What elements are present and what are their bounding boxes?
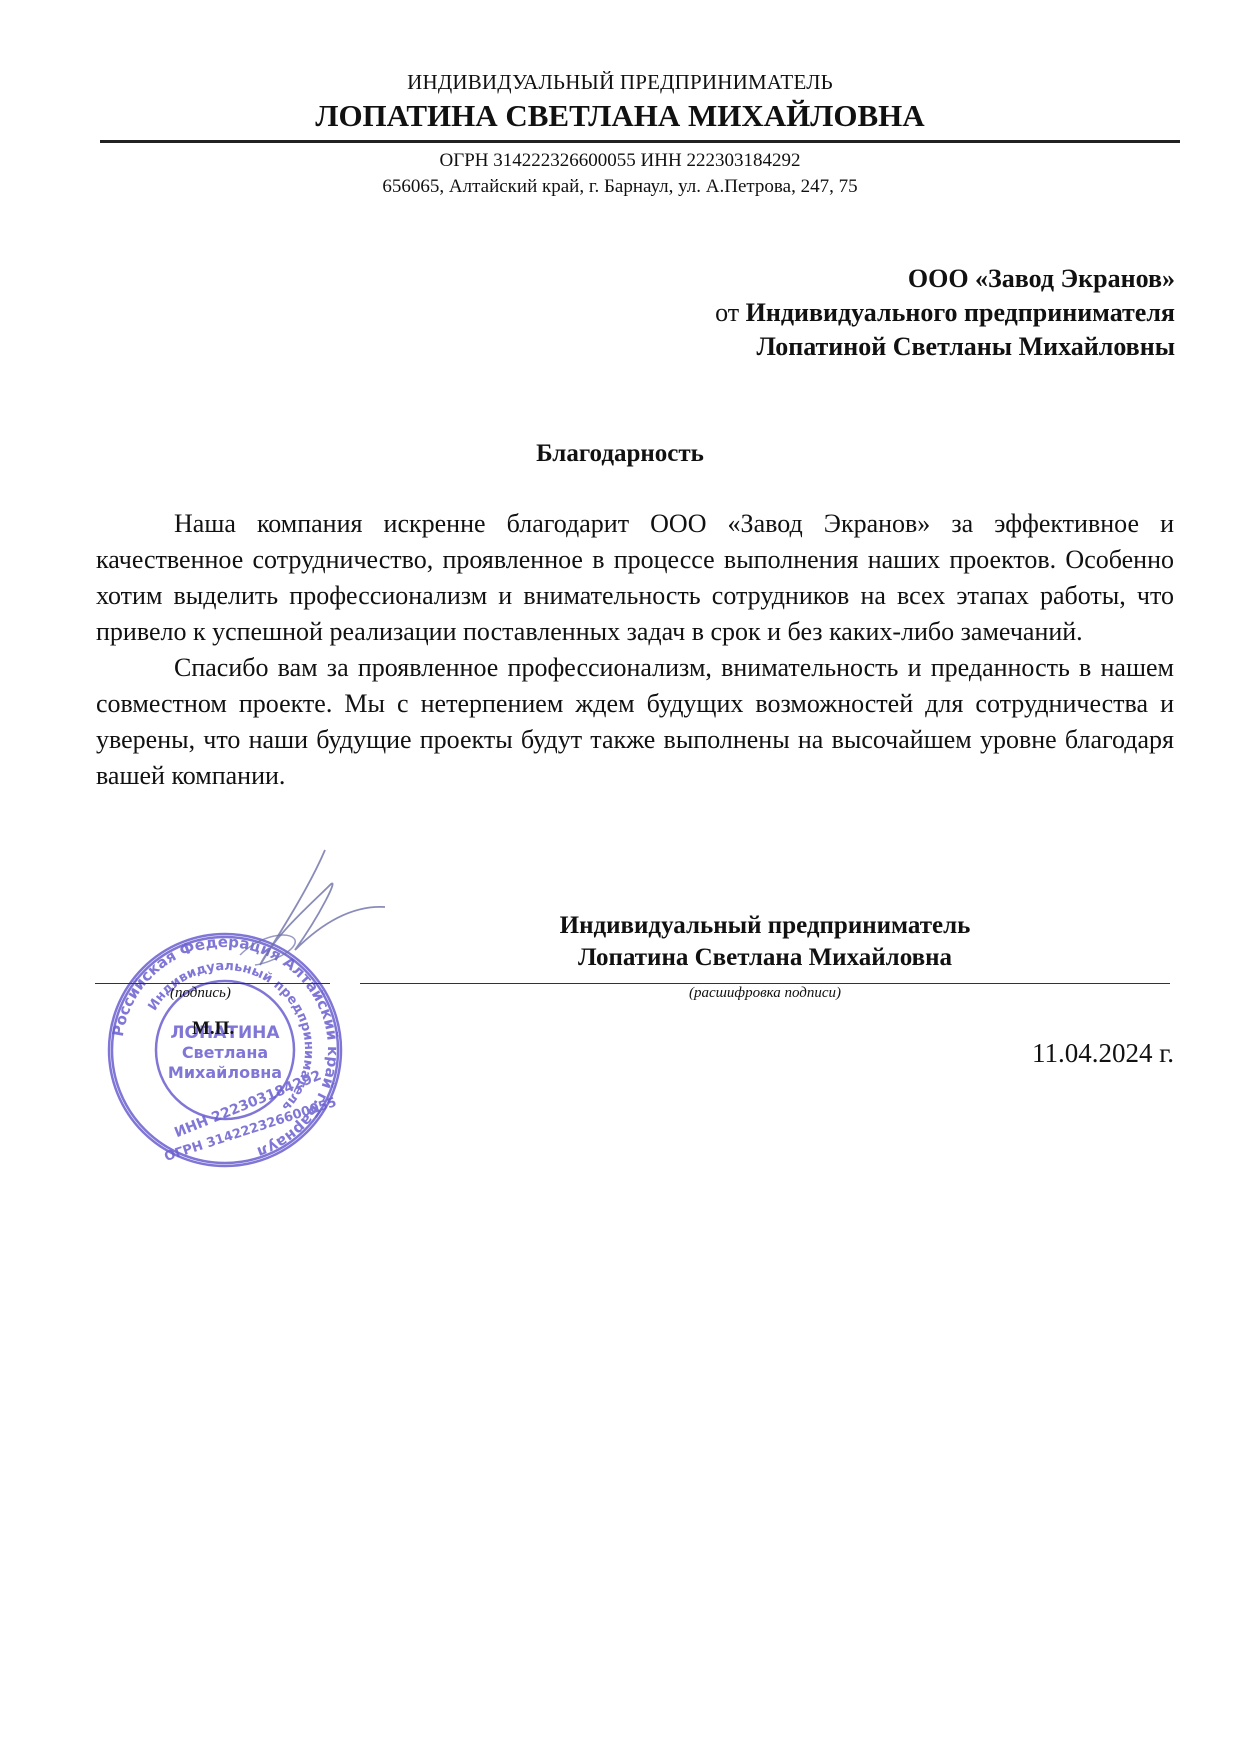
header-divider <box>100 140 1180 143</box>
signatory-name: Лопатина Светлана Михайловна <box>360 942 1170 974</box>
addressee-block: ООО «Завод Экранов» от Индивидуального п… <box>715 262 1175 364</box>
addressee-from-prefix: от <box>715 298 746 327</box>
header-address: 656065, Алтайский край, г. Барнаул, ул. … <box>0 176 1240 198</box>
svg-text:Светлана: Светлана <box>182 1043 268 1062</box>
signature-line <box>95 983 330 984</box>
addressee-sender-name: Лопатиной Светланы Михайловны <box>715 330 1175 364</box>
addressee-company: ООО «Завод Экранов» <box>715 262 1175 296</box>
header-name: ЛОПАТИНА СВЕТЛАНА МИХАЙЛОВНА <box>0 98 1240 134</box>
signature-decode-caption: (расшифровка подписи) <box>360 985 1170 1002</box>
svg-text:Михайловна: Михайловна <box>168 1063 282 1082</box>
signature-caption: (подпись) <box>170 985 231 1002</box>
addressee-from-role: Индивидуального предпринимателя <box>746 298 1175 327</box>
addressee-from: от Индивидуального предпринимателя <box>715 296 1175 330</box>
letter-body: Наша компания искренне благодарит ООО «З… <box>96 506 1174 794</box>
document-date: 11.04.2024 г. <box>1032 1038 1174 1069</box>
seal-place-label: М.П. <box>192 1018 234 1040</box>
signatory-block: Индивидуальный предприниматель Лопатина … <box>360 910 1170 974</box>
signatory-role: Индивидуальный предприниматель <box>360 910 1170 942</box>
document-title: Благодарность <box>0 440 1240 468</box>
signature-decode-line <box>360 983 1170 984</box>
body-paragraph-1: Наша компания искренне благодарит ООО «З… <box>96 506 1174 650</box>
header-registration: ОГРН 314222326600055 ИНН 222303184292 <box>0 150 1240 172</box>
body-paragraph-2: Спасибо вам за проявленное профессионали… <box>96 650 1174 794</box>
header-subtitle: ИНДИВИДУАЛЬНЫЙ ПРЕДПРИНИМАТЕЛЬ <box>0 70 1240 95</box>
